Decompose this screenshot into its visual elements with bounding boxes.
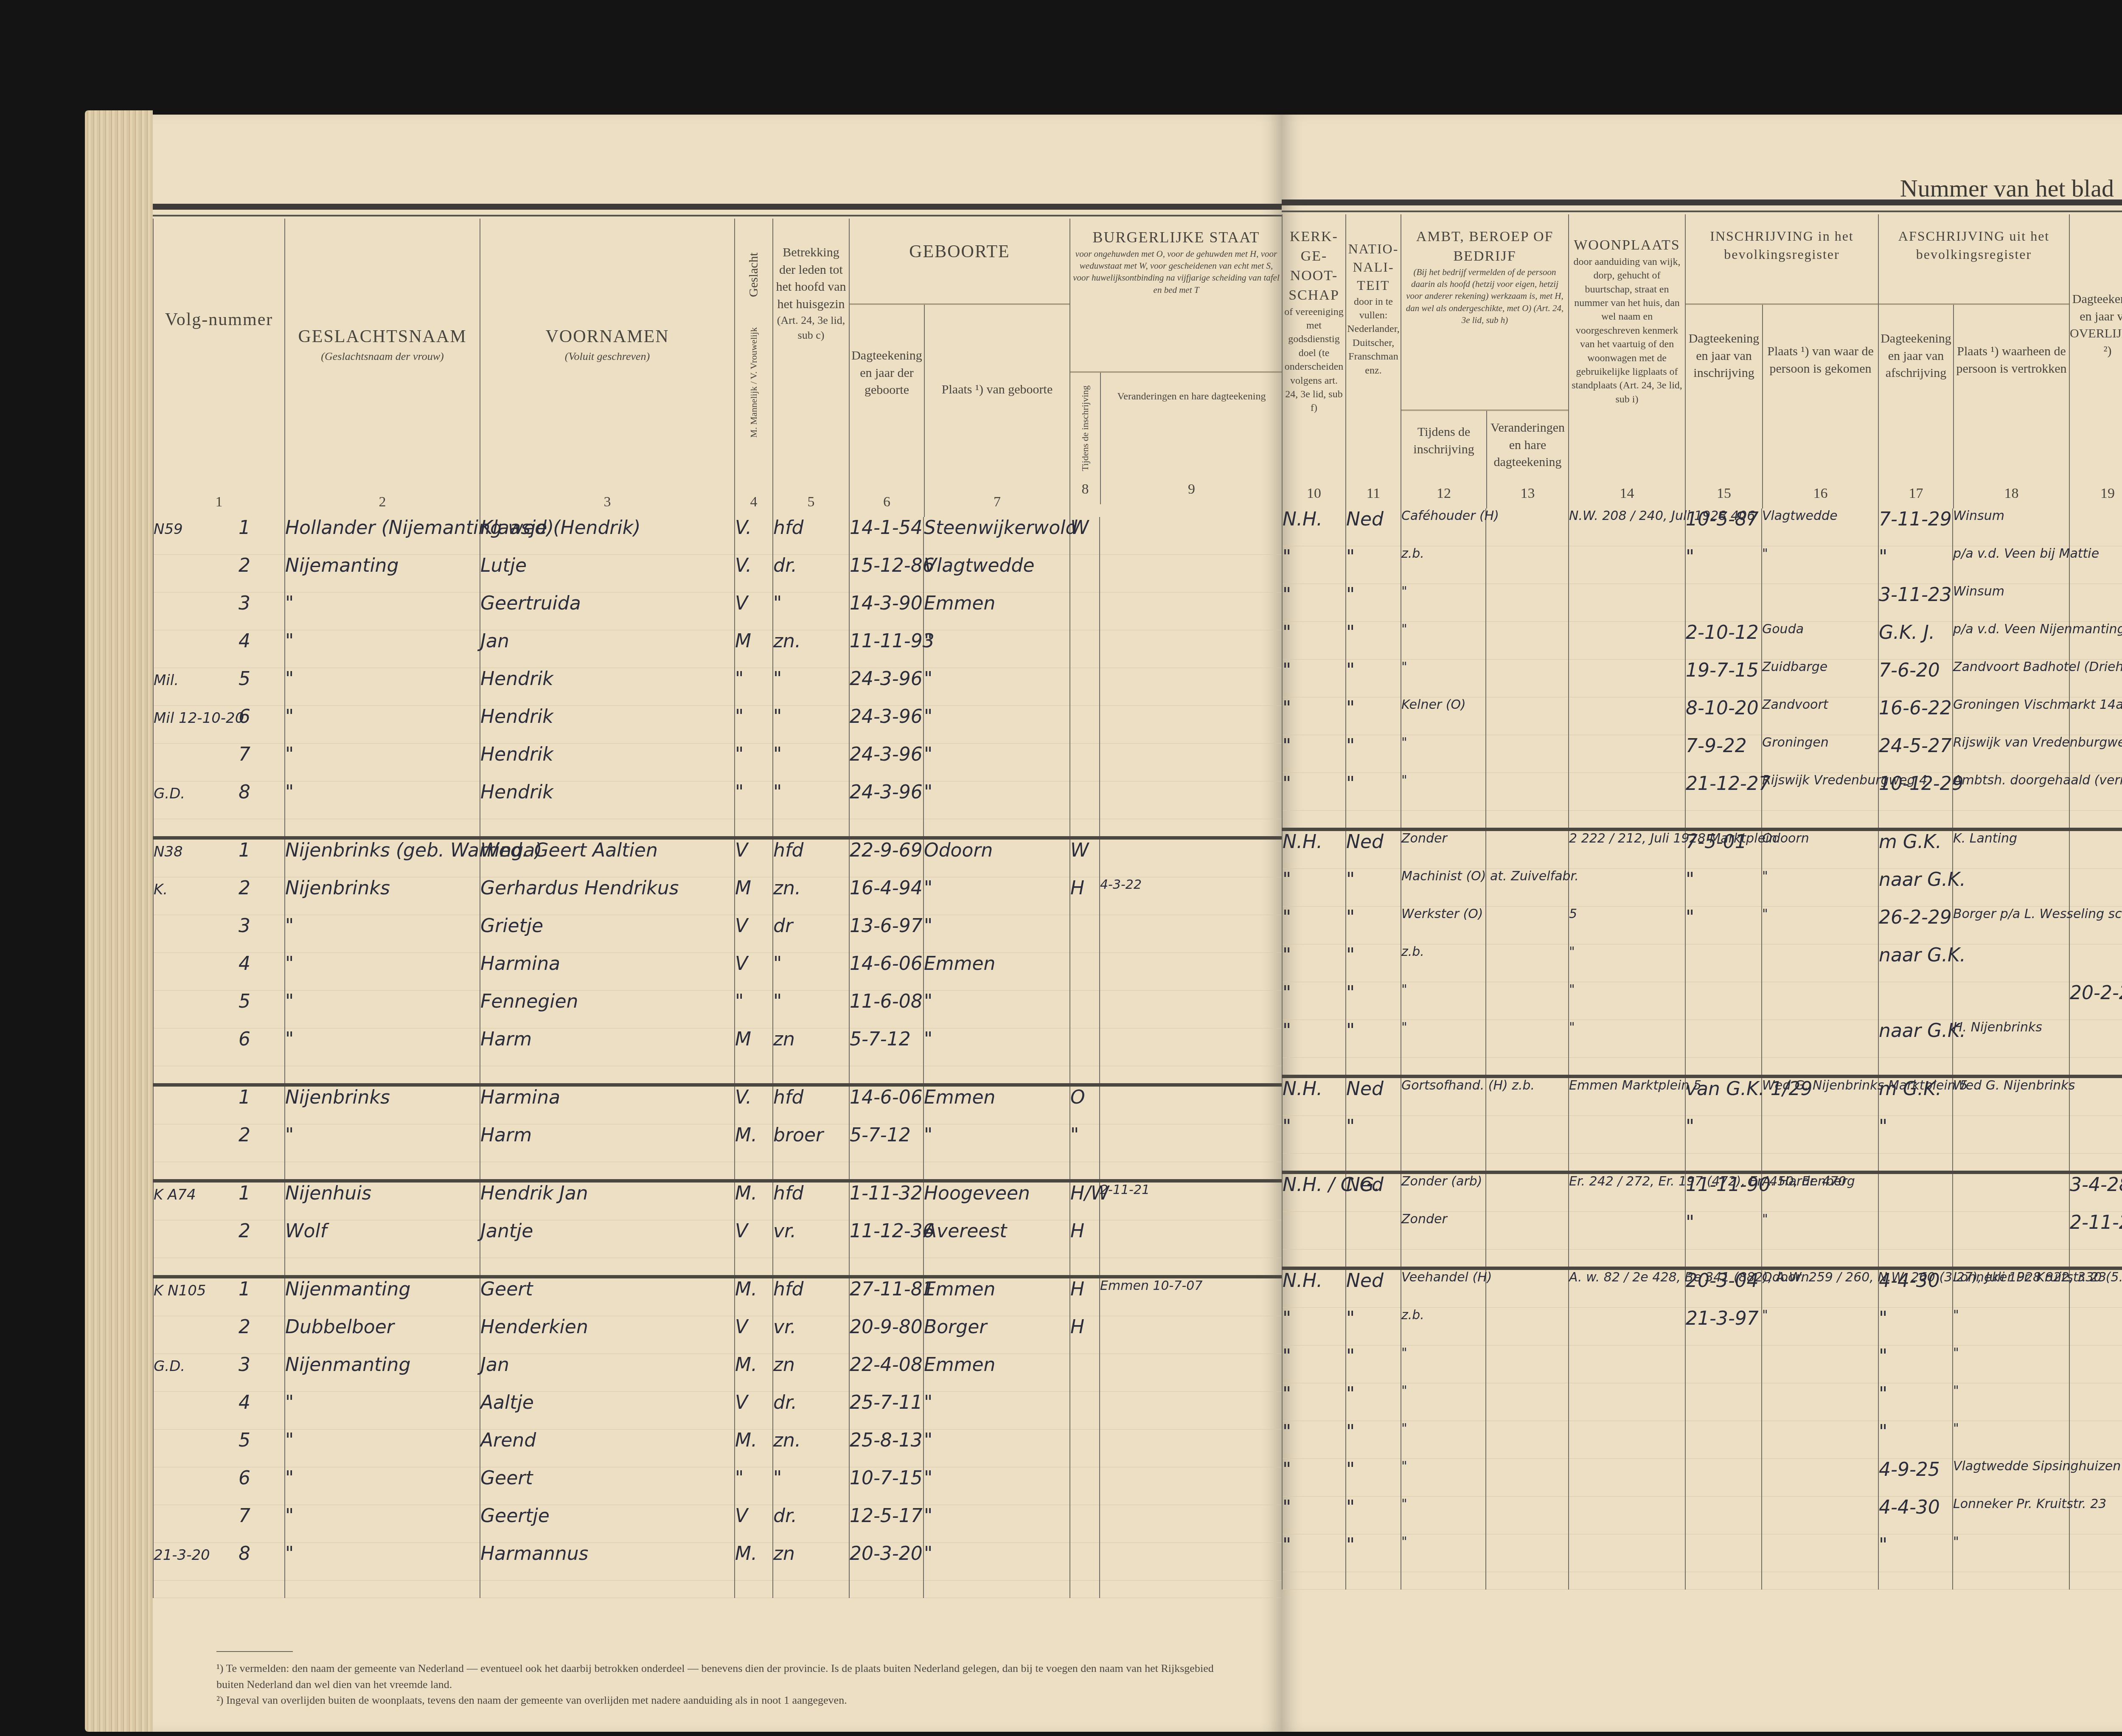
cell-civil-change <box>1100 630 1282 668</box>
cell-civil <box>1070 1354 1100 1392</box>
cell-nationality: " <box>1346 1534 1401 1572</box>
cell-residence <box>1569 1383 1685 1421</box>
cell-relation: " <box>773 744 849 781</box>
spacer-cell <box>1282 1572 1346 1590</box>
cell-nationality: " <box>1346 773 1401 811</box>
table-row: """4-9-25Vlagtwedde SipsinghuizenA.C.C. <box>1282 1459 2122 1497</box>
cell-birth-date: 12-5-17 <box>849 1505 923 1543</box>
cell-relation: zn <box>773 1354 849 1392</box>
margin-note: Mil. <box>154 672 239 689</box>
cell-surname: " <box>285 744 480 781</box>
table-row: 3"GrietjeVdr13-6-97" <box>153 915 1282 953</box>
row-number: 5 <box>239 668 250 690</box>
cell-occupation: " <box>1401 735 1486 773</box>
sheet-number-label: Nummer van het blad <box>1900 174 2114 202</box>
row-number: 2 <box>239 1124 250 1146</box>
spacer-cell <box>1878 1154 1953 1173</box>
spacer-cell <box>1401 1154 1486 1173</box>
cell-given: Harm <box>480 1028 735 1066</box>
cell-in-from: " <box>1762 1212 1878 1250</box>
cell-out-to: Lonneker Pr. Kruitstr. 23 <box>1953 1497 2069 1534</box>
table-row: N.H. / C.G.NedZonder (arb)Er. 242 / 272,… <box>1282 1172 2122 1212</box>
cell-surname: " <box>285 953 480 991</box>
cell-surname: " <box>285 593 480 630</box>
cell-in-date: 11-11-90 <box>1685 1172 1762 1212</box>
cell-civil-change <box>1100 1220 1282 1258</box>
cell-relation: zn <box>773 1543 849 1581</box>
register-table-right: KERK-GE-NOOT-SCHAPof vereeniging met god… <box>1282 214 2122 1590</box>
spacer-cell <box>285 1162 480 1181</box>
cell-nationality: " <box>1346 622 1401 660</box>
spacer-cell <box>1401 1058 1486 1077</box>
spacer-cell <box>1569 1250 1685 1269</box>
cell-sex: M <box>735 630 773 668</box>
spacer-cell <box>1486 1572 1569 1590</box>
cell-birth-date: 25-7-11 <box>849 1392 923 1430</box>
cell-birth-place: " <box>923 1124 1070 1162</box>
cell-civil: " <box>1070 1124 1100 1162</box>
cell-relation: hfd <box>773 1085 849 1124</box>
cell-nr: G.D.8 <box>153 781 285 819</box>
cell-relation: hfd <box>773 838 849 877</box>
cell-occupation: z.b. <box>1401 944 1486 982</box>
cell-out-to: Groningen Vischmarkt 14a <box>1953 697 2069 735</box>
cell-death <box>2069 1076 2122 1116</box>
cell-nationality: " <box>1346 735 1401 773</box>
cell-relation: " <box>773 706 849 744</box>
cell-nr: 7 <box>153 744 285 781</box>
cell-out-to <box>1953 869 2069 907</box>
cell-occupation: " <box>1401 1459 1486 1497</box>
spacer-cell <box>923 1581 1070 1598</box>
cell-nr: K N1051 <box>153 1277 285 1316</box>
cell-birth-place: Borger <box>923 1316 1070 1354</box>
table-row: 6"Geert""10-7-15" <box>153 1467 1282 1505</box>
cell-death <box>2069 1421 2122 1459</box>
cell-birth-date: 20-9-80 <box>849 1316 923 1354</box>
cell-birth-date: 22-4-08 <box>849 1354 923 1392</box>
cell-occupation: " <box>1401 982 1486 1020</box>
margin-note: G.D. <box>154 1358 239 1375</box>
cell-relation: hfd <box>773 1181 849 1220</box>
cell-out-date: 7-6-20 <box>1878 660 1953 697</box>
cell-sex: M <box>735 1028 773 1066</box>
cell-in-date: van G.K. 1/29 <box>1685 1076 1762 1116</box>
cell-birth-date: 22-9-69 <box>849 838 923 877</box>
cell-occ-change <box>1486 584 1569 622</box>
cell-birth-date: 5-7-12 <box>849 1028 923 1066</box>
margin-note: K. <box>154 881 239 898</box>
cell-nr: 4 <box>153 1392 285 1430</box>
spacer-cell <box>480 819 735 838</box>
cell-out-date: " <box>1878 1116 1953 1154</box>
cell-civil: H/W <box>1070 1181 1100 1220</box>
cell-in-from <box>1762 1020 1878 1058</box>
cell-civil <box>1070 1505 1100 1543</box>
table-row: ""Kelner (O)8-10-20Zandvoort16-6-22Groni… <box>1282 697 2122 735</box>
cell-relation: zn <box>773 1028 849 1066</box>
spacer-cell <box>285 819 480 838</box>
cell-nr: Mil.5 <box>153 668 285 706</box>
table-row: N381Nijenbrinks (geb. Warringa)Wed. Geer… <box>153 838 1282 877</box>
table-row: """"20-2-26 te GroningenA.C.C. <box>1282 982 2122 1020</box>
table-row: 2WolfJantjeVvr.11-12-36AvereestH <box>153 1220 1282 1258</box>
cell-out-date <box>1878 1212 1953 1250</box>
cell-in-from: " <box>1762 907 1878 944</box>
cell-in-date: " <box>1685 1116 1762 1154</box>
cell-surname: Nijenmanting <box>285 1354 480 1392</box>
cell-in-date <box>1685 1497 1762 1534</box>
cell-sex: V <box>735 593 773 630</box>
cell-sex: " <box>735 1467 773 1505</box>
cell-given: Jantje <box>480 1220 735 1258</box>
row-number: 4 <box>239 953 250 975</box>
cell-birth-place: Emmen <box>923 953 1070 991</box>
cell-given: Gerhardus Hendrikus <box>480 877 735 915</box>
spacer-cell <box>849 1066 923 1085</box>
cell-in-date: " <box>1685 546 1762 584</box>
col-header-11: NATIO-NALI-TEITdoor in te vullen: Nederl… <box>1346 214 1401 508</box>
spacer-cell <box>480 1581 735 1598</box>
cell-sex: V <box>735 1392 773 1430</box>
cell-occ-change <box>1486 1268 1569 1308</box>
cell-sex: V <box>735 953 773 991</box>
cell-civil-change <box>1100 1430 1282 1467</box>
cell-birth-date: 14-6-06 <box>849 1085 923 1124</box>
spacer-cell <box>1486 1154 1569 1173</box>
cell-nationality: " <box>1346 907 1401 944</box>
spacer-cell <box>2069 1250 2122 1269</box>
cell-civil <box>1070 1392 1100 1430</box>
cell-residence: 2 222 / 212, Juli 1928 Marktplein <box>1569 829 1685 869</box>
table-row: 21-3-208"HarmannusM.zn20-3-20" <box>153 1543 1282 1581</box>
cell-nationality: " <box>1346 1308 1401 1346</box>
cell-birth-date: 11-6-08 <box>849 991 923 1028</box>
cell-occ-change <box>1486 829 1569 869</box>
cell-occ-change <box>1486 1534 1569 1572</box>
cell-residence <box>1569 773 1685 811</box>
cell-birth-date: 24-3-96 <box>849 706 923 744</box>
cell-civil-change: 4-3-22 <box>1100 877 1282 915</box>
cell-relation: " <box>773 668 849 706</box>
cell-given: Lutje <box>480 555 735 593</box>
cell-sex: V. <box>735 555 773 593</box>
cell-civil <box>1070 593 1100 630</box>
spacer-cell <box>1100 1581 1282 1598</box>
cell-birth-date: 27-11-81 <box>849 1277 923 1316</box>
cell-death: 20-2-26 te Groningen <box>2069 982 2122 1020</box>
row-number: 1 <box>239 517 250 539</box>
cell-nr: N381 <box>153 838 285 877</box>
table-row: 5"Fennegien""11-6-08" <box>153 991 1282 1028</box>
cell-in-from <box>1762 584 1878 622</box>
cell-church <box>1282 1212 1346 1250</box>
spacer-cell <box>1100 1066 1282 1085</box>
col-header-16: Plaats ¹) van waar de persoon is gekomen… <box>1763 305 1878 508</box>
cell-birth-place: " <box>923 1028 1070 1066</box>
table-row: ""Machinist (O) at. Zuivelfabr.""naar G.… <box>1282 869 2122 907</box>
row-number: 4 <box>239 630 250 652</box>
cell-residence <box>1569 546 1685 584</box>
cell-church: " <box>1282 584 1346 622</box>
spacer-cell <box>1569 811 1685 830</box>
table-row: """3-11-23WinsumA.C.C. <box>1282 584 2122 622</box>
spacer-cell <box>1953 1154 2069 1173</box>
cell-out-to: " <box>1953 1421 2069 1459</box>
spacer-cell <box>1070 1258 1100 1277</box>
cell-in-from: Rijswijk Vredenburgweg 4 <box>1762 773 1878 811</box>
col-header-1: Volg-nummer1 <box>153 219 285 517</box>
cell-birth-place: Vlagtwedde <box>923 555 1070 593</box>
cell-given: Geertje <box>480 1505 735 1543</box>
cell-out-to: " <box>1953 1534 2069 1572</box>
cell-surname: " <box>285 668 480 706</box>
cell-church: " <box>1282 944 1346 982</box>
cell-in-date: 7-9-22 <box>1685 735 1762 773</box>
cell-occupation <box>1401 1116 1486 1154</box>
cell-out-date: m G.K. <box>1878 829 1953 869</box>
cell-birth-date: 14-6-06 <box>849 953 923 991</box>
cell-occ-change <box>1486 660 1569 697</box>
cell-occ-change <box>1486 982 1569 1020</box>
cell-residence <box>1569 1308 1685 1346</box>
cell-birth-place: " <box>923 630 1070 668</box>
table-row: """19-7-15Zuidbarge7-6-20Zandvoort Badho… <box>1282 660 2122 697</box>
col-header-14: WOONPLAATSdoor aanduiding van wijk, dorp… <box>1569 214 1685 508</box>
cell-out-date: G.K. J. <box>1878 622 1953 660</box>
cell-death <box>2069 829 2122 869</box>
register-table-left: Volg-nummer1 GESLACHTSNAAM(Geslachtsnaam… <box>153 219 1282 1598</box>
cell-occupation: " <box>1401 622 1486 660</box>
cell-death <box>2069 1346 2122 1383</box>
cell-birth-date: 11-12-36 <box>849 1220 923 1258</box>
cell-occupation: z.b. <box>1401 546 1486 584</box>
spacer-cell <box>1685 1058 1762 1077</box>
cell-given: Hendrik <box>480 706 735 744</box>
cell-civil-change <box>1100 1392 1282 1430</box>
cell-church: N.H. <box>1282 1076 1346 1116</box>
cell-birth-place: " <box>923 668 1070 706</box>
cell-relation: hfd <box>773 517 849 555</box>
cell-in-from: " <box>1762 1308 1878 1346</box>
col-header-3: VOORNAMEN(Voluit geschreven)3 <box>480 219 735 517</box>
household-number: N38 <box>154 843 239 860</box>
cell-occupation: " <box>1401 584 1486 622</box>
cell-out-to <box>1953 944 2069 982</box>
cell-birth-place: " <box>923 1467 1070 1505</box>
household-number: K N105 <box>154 1282 239 1299</box>
table-row: 2NijemantingLutjeV.dr.15-12-86Vlagtwedde <box>153 555 1282 593</box>
cell-church: N.H. / C.G. <box>1282 1172 1346 1212</box>
cell-occupation: Gortsofhand. (H) z.b. <box>1401 1076 1486 1116</box>
cell-in-date <box>1685 1346 1762 1383</box>
cell-civil <box>1070 706 1100 744</box>
cell-occ-change <box>1486 546 1569 584</box>
cell-nr: 6 <box>153 1467 285 1505</box>
spacer-cell <box>849 1581 923 1598</box>
footnotes: ¹) Te vermelden: den naam der gemeente v… <box>216 1651 1235 1708</box>
cell-nationality <box>1346 1212 1401 1250</box>
cell-residence <box>1569 697 1685 735</box>
cell-residence <box>1569 1534 1685 1572</box>
cell-residence: " <box>1569 982 1685 1020</box>
spacer-cell <box>735 1162 773 1181</box>
table-row: K N1051NijenmantingGeertM.hfd27-11-81Emm… <box>153 1277 1282 1316</box>
cell-civil <box>1070 953 1100 991</box>
cell-civil: H <box>1070 1220 1100 1258</box>
cell-out-to: Winsum <box>1953 508 2069 546</box>
cell-out-date: naar G.K. <box>1878 944 1953 982</box>
cell-church: " <box>1282 1346 1346 1383</box>
cell-out-date: 4-9-25 <box>1878 1459 1953 1497</box>
cell-in-from <box>1762 982 1878 1020</box>
cell-relation: " <box>773 1467 849 1505</box>
cell-surname: Nijenhuis <box>285 1181 480 1220</box>
cell-birth-place: " <box>923 991 1070 1028</box>
cell-nationality: " <box>1346 697 1401 735</box>
cell-in-from: Groningen <box>1762 735 1878 773</box>
spacer-cell <box>1762 1250 1878 1269</box>
cell-nationality: Ned <box>1346 829 1401 869</box>
row-number: 2 <box>239 1220 250 1242</box>
cell-nationality: " <box>1346 1497 1401 1534</box>
spacer-cell <box>480 1162 735 1181</box>
cell-church: N.H. <box>1282 1268 1346 1308</box>
spacer-cell <box>1401 1250 1486 1269</box>
cell-birth-date: 11-11-93 <box>849 630 923 668</box>
cell-nr: 1 <box>153 1085 285 1124</box>
cell-church: " <box>1282 1459 1346 1497</box>
row-number: 3 <box>239 593 250 614</box>
cell-birth-place: " <box>923 744 1070 781</box>
table-row: N.H.NedVeehandel (H)A. w. 82 / 2e 428, B… <box>1282 1268 2122 1308</box>
cell-nr: 2 <box>153 1124 285 1162</box>
cell-civil-change <box>1100 781 1282 819</box>
cell-church: " <box>1282 1116 1346 1154</box>
cell-out-to: Ambtsh. doorgehaald (vermoedelijk Londen… <box>1953 773 2069 811</box>
table-row: Mil.5"Hendrik""24-3-96" <box>153 668 1282 706</box>
household-spacer <box>1282 811 2122 830</box>
cell-surname: " <box>285 1124 480 1162</box>
cell-civil-change <box>1100 1467 1282 1505</box>
spacer-cell <box>2069 811 2122 830</box>
cell-occ-change <box>1486 735 1569 773</box>
cell-civil: W <box>1070 517 1100 555</box>
cell-residence <box>1569 1459 1685 1497</box>
spacer-cell <box>2069 1572 2122 1590</box>
spacer-cell <box>1070 1581 1100 1598</box>
cell-out-to: " <box>1953 1308 2069 1346</box>
cell-nationality: " <box>1346 869 1401 907</box>
cell-given: Fennegien <box>480 991 735 1028</box>
spacer-cell <box>480 1258 735 1277</box>
household-spacer <box>153 1066 1282 1085</box>
cell-nationality: Ned <box>1346 1172 1401 1212</box>
cell-occ-change <box>1486 1172 1569 1212</box>
register-body-right: N.H.NedCaféhouder (H)N.W. 208 / 240, Jul… <box>1282 508 2122 1590</box>
cell-occ-change <box>1486 1346 1569 1383</box>
table-row: 2DubbelboerHenderkienVvr.20-9-80BorgerH <box>153 1316 1282 1354</box>
cell-occupation: Kelner (O) <box>1401 697 1486 735</box>
col-header-13: Veranderingen en hare dagteekening13 <box>1487 411 1568 508</box>
col-group-ambt: AMBT, BEROEP OF BEDRIJF (Bij het bedrijf… <box>1401 214 1569 508</box>
spacer-cell <box>153 1162 285 1181</box>
cell-residence <box>1569 735 1685 773</box>
cell-residence <box>1569 1212 1685 1250</box>
cell-civil <box>1070 1430 1100 1467</box>
table-row: Zonder""2-11-21Z.N.b. <box>1282 1212 2122 1250</box>
cell-civil-change <box>1100 1085 1282 1124</box>
cell-civil: H <box>1070 1316 1100 1354</box>
cell-birth-place: " <box>923 1430 1070 1467</box>
table-row: K.2NijenbrinksGerhardus HendrikusMzn.16-… <box>153 877 1282 915</box>
cell-surname: " <box>285 915 480 953</box>
margin-note: 21-3-20 <box>154 1547 239 1564</box>
spacer-cell <box>1282 811 1346 830</box>
cell-birth-date: 10-7-15 <box>849 1467 923 1505</box>
cell-given: Henderkien <box>480 1316 735 1354</box>
cell-surname: Nijenbrinks (geb. Warringa) <box>285 838 480 877</box>
row-number: 8 <box>239 781 250 803</box>
spacer-cell <box>1486 1058 1569 1077</box>
cell-in-from <box>1762 944 1878 982</box>
cell-out-date: m G.K. <box>1878 1076 1953 1116</box>
cell-birth-place: Hoogeveen <box>923 1181 1070 1220</box>
cell-surname: " <box>285 1543 480 1581</box>
spacer-cell <box>1486 1250 1569 1269</box>
cell-sex: M. <box>735 1543 773 1581</box>
spacer-cell <box>1953 811 2069 830</box>
col-header-2: GESLACHTSNAAM(Geslachtsnaam der vrouw)2 <box>285 219 480 517</box>
cell-birth-date: 24-3-96 <box>849 781 923 819</box>
spacer-cell <box>285 1066 480 1085</box>
cell-in-date <box>1685 1459 1762 1497</box>
cell-out-date: " <box>1878 1346 1953 1383</box>
col-group-afschrijving: AFSCHRIJVING uit het bevolkingsregister … <box>1878 214 2069 508</box>
col-header-5: Betrekking der leden tot het hoofd van h… <box>773 219 849 517</box>
cell-civil-change <box>1100 1543 1282 1581</box>
table-row: 1NijenbrinksHarminaV.hfd14-6-06EmmenO <box>153 1085 1282 1124</box>
table-row: N.H.NedZonder2 222 / 212, Juli 1928 Mark… <box>1282 829 2122 869</box>
table-row: 4"AaltjeVdr.25-7-11" <box>153 1392 1282 1430</box>
spacer-cell <box>773 1258 849 1277</box>
cell-relation: broer <box>773 1124 849 1162</box>
col-header-17: Dagteekening en jaar van afschrijving17 <box>1879 305 1954 508</box>
cell-nationality: " <box>1346 584 1401 622</box>
cell-sex: M. <box>735 1181 773 1220</box>
table-row: Mil 12-10-206"Hendrik""24-3-96" <box>153 706 1282 744</box>
spacer-cell <box>773 1162 849 1181</box>
cell-relation: zn. <box>773 630 849 668</box>
cell-nr: K A741 <box>153 1181 285 1220</box>
spacer-cell <box>923 1162 1070 1181</box>
cell-out-to: H. Nijenbrinks <box>1953 1020 2069 1058</box>
cell-surname: Hollander (Nijemanting wed) <box>285 517 480 555</box>
spacer-cell <box>773 1066 849 1085</box>
col-header-9: Veranderingen en hare dagteekening9 <box>1101 373 1282 504</box>
cell-residence: N.W. 208 / 240, Juli 1928 406 <box>1569 508 1685 546</box>
household-spacer <box>153 1581 1282 1598</box>
cell-given: Geert <box>480 1467 735 1505</box>
margin-note: Mil 12-10-20 <box>154 710 239 727</box>
cell-out-date: 4-4-30 <box>1878 1497 1953 1534</box>
cell-nr: 6 <box>153 1028 285 1066</box>
cell-out-date: 7-11-29 <box>1878 508 1953 546</box>
cell-nr: K.2 <box>153 877 285 915</box>
row-number: 1 <box>239 840 250 861</box>
table-row: 7"GeertjeVdr.12-5-17" <box>153 1505 1282 1543</box>
cell-residence: 5 <box>1569 907 1685 944</box>
